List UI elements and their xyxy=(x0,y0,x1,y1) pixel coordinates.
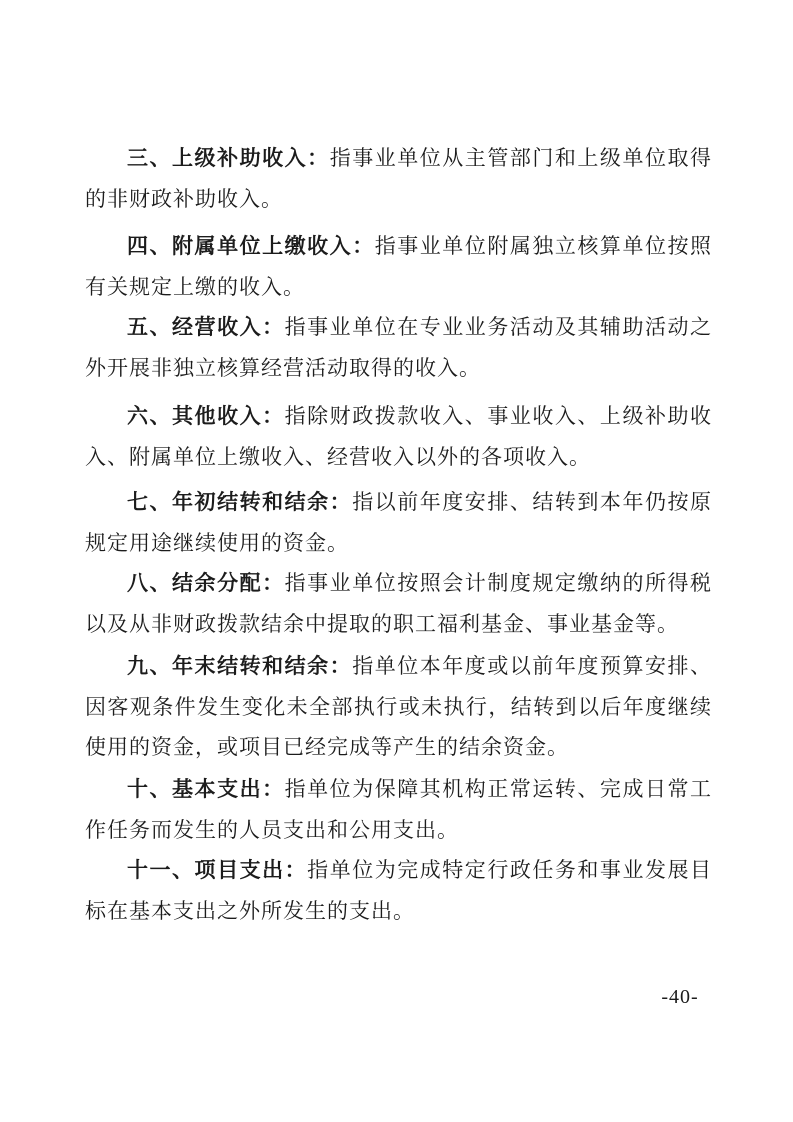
definition-paragraph: 九、年末结转和结余：指单位本年度或以前年度预算安排、因客观条件发生变化未全部执行… xyxy=(85,646,712,767)
definition-paragraph: 六、其他收入：指除财政拨款收入、事业收入、上级补助收入、附属单位上缴收入、经营收… xyxy=(85,396,712,477)
term-label: 十、基本支出： xyxy=(127,778,285,801)
definition-paragraph: 十一、项目支出：指单位为完成特定行政任务和事业发展目标在基本支出之外所发生的支出… xyxy=(85,850,712,931)
definition-paragraph: 十、基本支出：指单位为保障其机构正常运转、完成日常工作任务而发生的人员支出和公用… xyxy=(85,769,712,850)
document-page: 三、上级补助收入：指事业单位从主管部门和上级单位取得的非财政补助收入。 四、附属… xyxy=(0,0,793,1122)
term-label: 六、其他收入： xyxy=(127,405,285,428)
term-label: 三、上级补助收入： xyxy=(127,147,330,170)
definition-paragraph: 四、附属单位上缴收入：指事业单位附属独立核算单位按照有关规定上缴的收入。 xyxy=(85,226,712,307)
term-label: 四、附属单位上缴收入： xyxy=(127,235,375,258)
definition-paragraph: 五、经营收入：指事业单位在专业业务活动及其辅助活动之外开展非独立核算经营活动取得… xyxy=(85,307,712,388)
definition-paragraph: 八、结余分配：指事业单位按照会计制度规定缴纳的所得税以及从非财政拨款结余中提取的… xyxy=(85,563,712,644)
page-number: -40- xyxy=(645,986,715,1009)
definition-paragraph: 七、年初结转和结余：指以前年度安排、结转到本年仍按原规定用途继续使用的资金。 xyxy=(85,482,712,563)
term-label: 八、结余分配： xyxy=(127,572,285,595)
definition-paragraph: 三、上级补助收入：指事业单位从主管部门和上级单位取得的非财政补助收入。 xyxy=(85,138,712,219)
definitions-list: 三、上级补助收入：指事业单位从主管部门和上级单位取得的非财政补助收入。 四、附属… xyxy=(85,138,712,931)
term-label: 九、年末结转和结余： xyxy=(127,655,352,678)
term-label: 七、年初结转和结余： xyxy=(127,491,352,514)
term-label: 十一、项目支出： xyxy=(127,859,307,882)
term-label: 五、经营收入： xyxy=(127,316,285,339)
